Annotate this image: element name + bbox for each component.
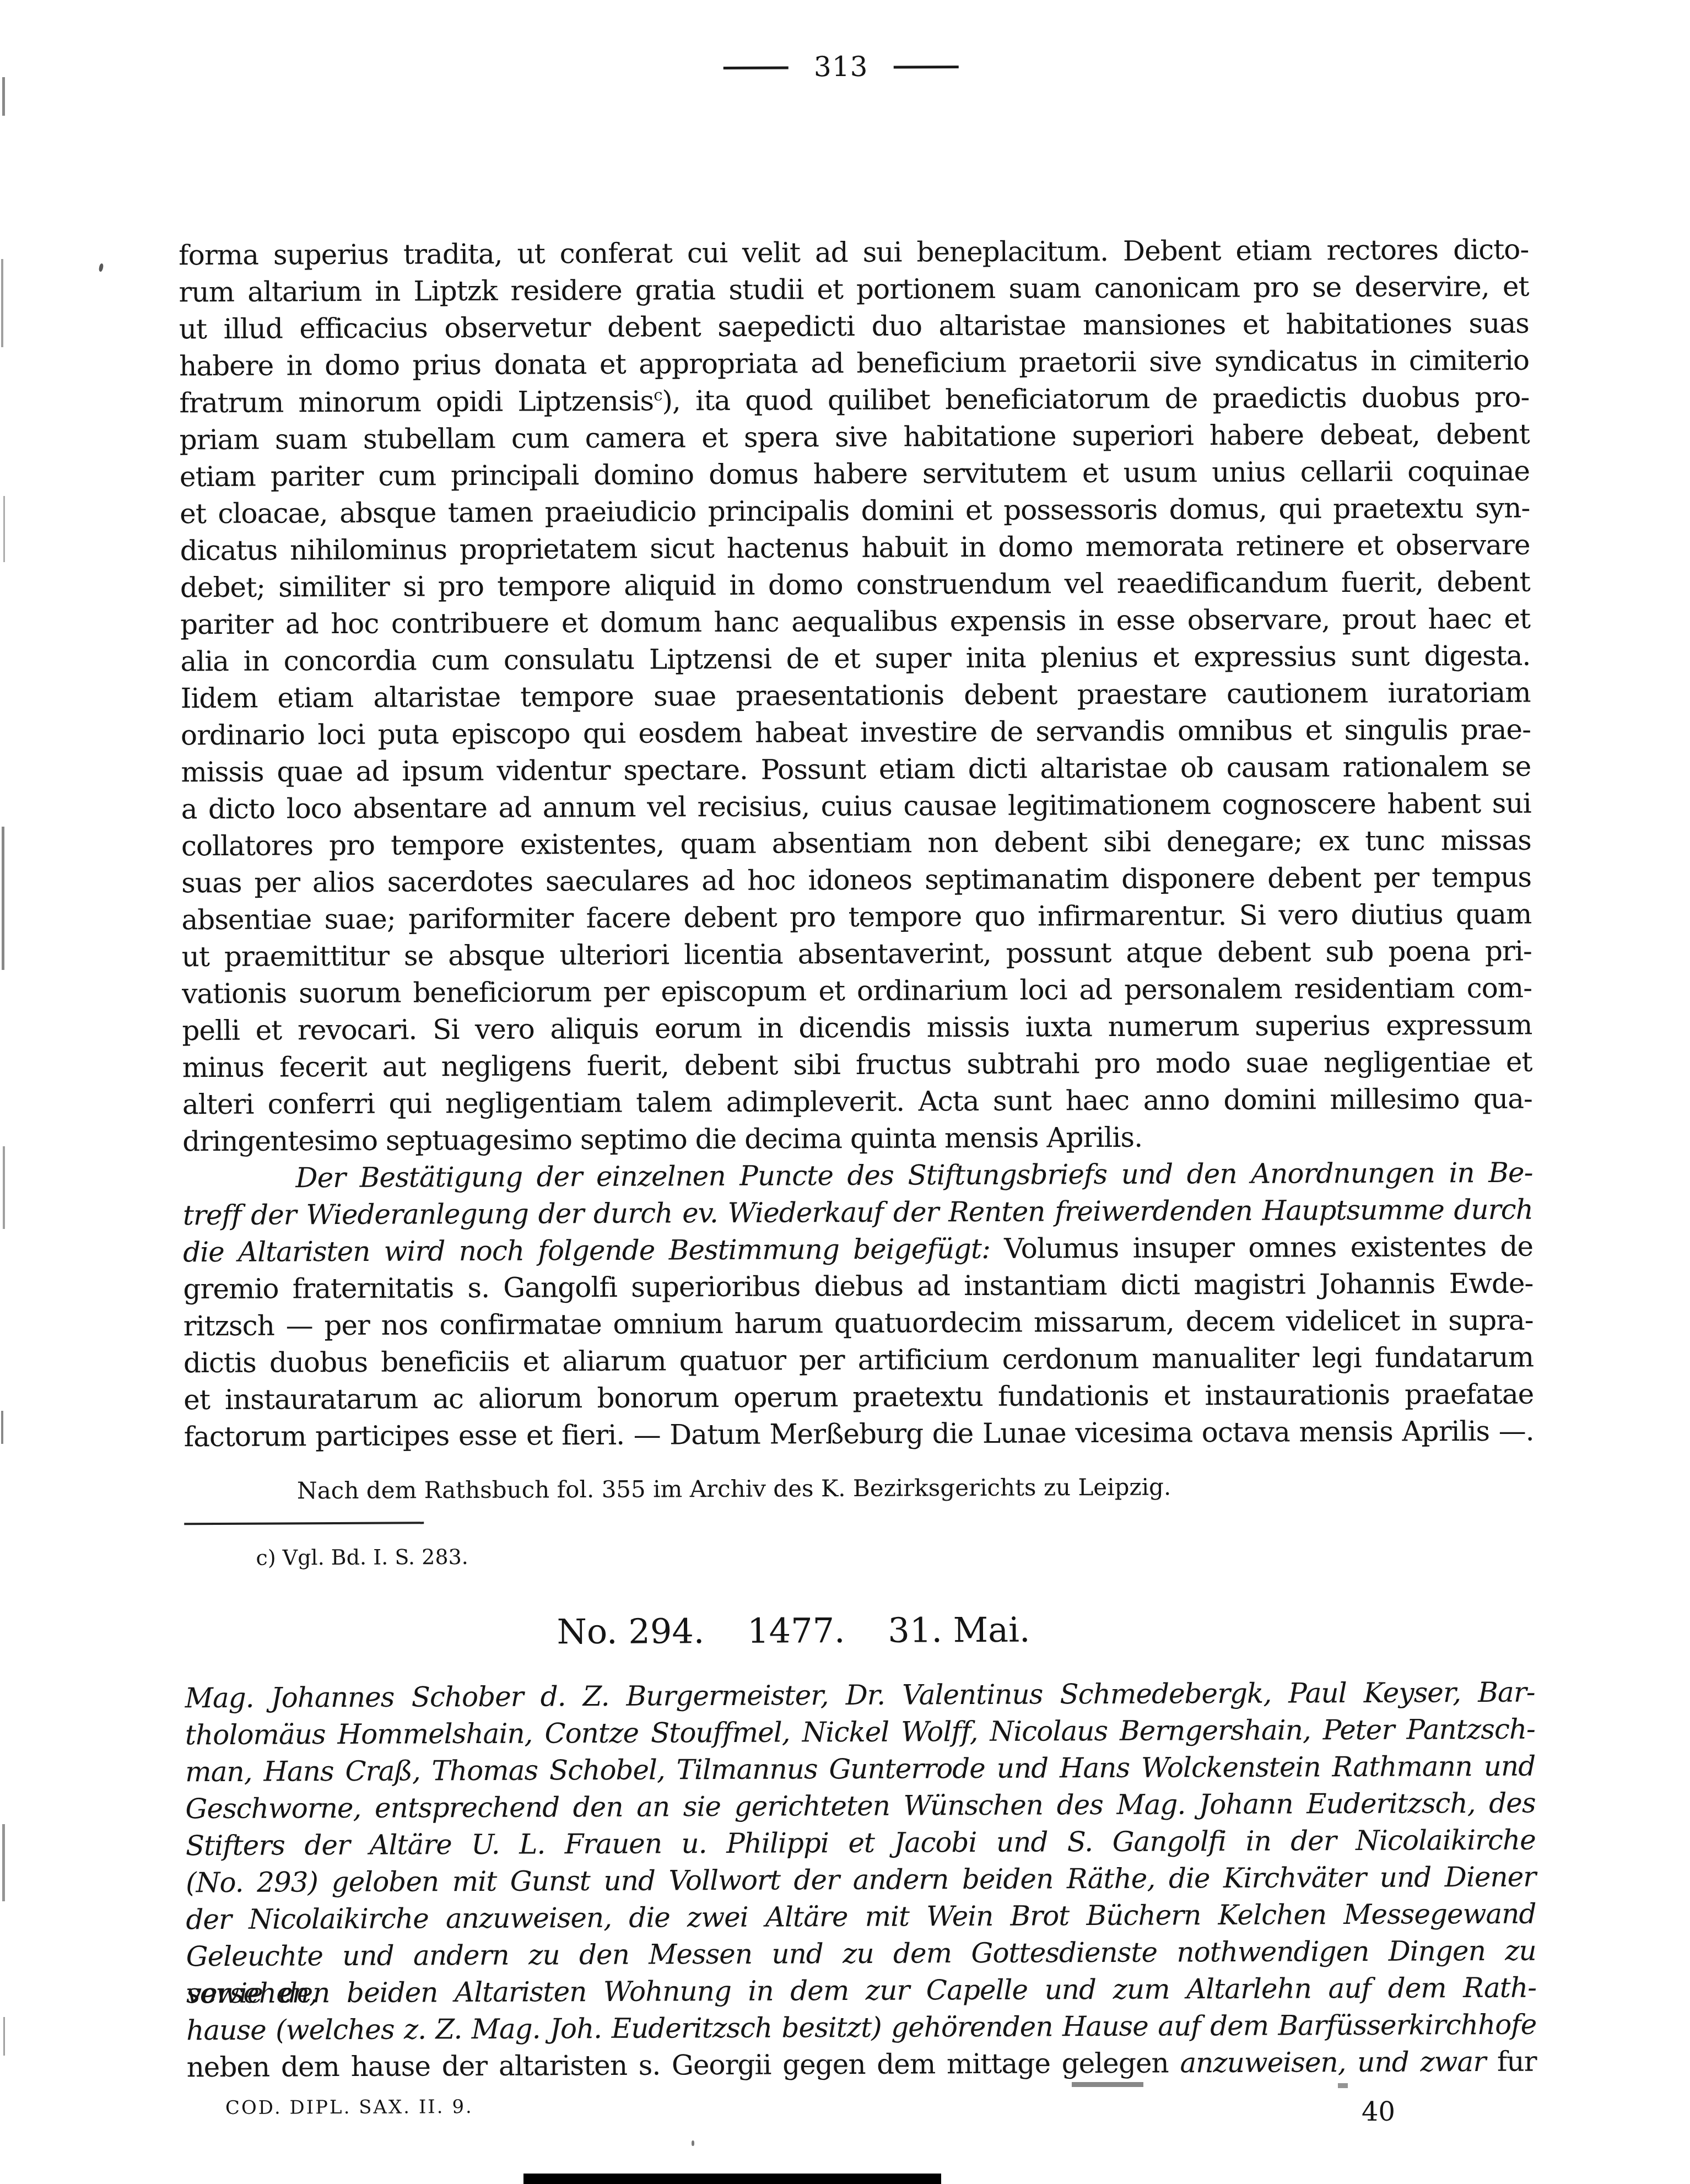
text-segment: fratrum minorum opidi Liptzensis xyxy=(179,385,654,419)
footnote-marker: c xyxy=(654,386,662,405)
scan-artifact xyxy=(1,259,3,347)
text-segment: fur xyxy=(1486,2046,1537,2078)
text-line: etiam pariter cum principali domino domu… xyxy=(180,453,1530,496)
text-segment: ut illud efficacius observetur debent sa… xyxy=(179,308,1529,346)
text-line: forma superius tradita, ut conferat cui … xyxy=(179,231,1529,274)
text-segment: forma superius tradita, ut conferat cui … xyxy=(179,234,1529,272)
italic-text-segment: Stifters der Altäre U. L. Frauen u. Phil… xyxy=(186,1824,1536,1862)
italic-text-segment: anzuweisen, und zwar xyxy=(1180,2046,1486,2079)
text-line: ut praemittitur se absque ulteriori lice… xyxy=(182,933,1532,976)
text-line: Mag. Johannes Schober d. Z. Burgermeiste… xyxy=(185,1674,1535,1717)
text-segment: a dicto loco absentare ad annum vel reci… xyxy=(181,788,1531,826)
editorial-note-text: Der Bestätigung der einzelnen Puncte des… xyxy=(182,1155,1534,1456)
text-line: vationis suorum beneficiorum per episcop… xyxy=(182,970,1532,1013)
page-number: 313 xyxy=(814,51,868,83)
scan-artifact xyxy=(2,827,4,970)
text-segment: Iidem etiam altaristae tempore suae prae… xyxy=(181,677,1531,715)
italic-text-segment: man, Hans Craß, Thomas Schobel, Tilmannu… xyxy=(185,1750,1535,1788)
latin-entry-text: forma superius tradita, ut conferat cui … xyxy=(179,231,1532,1161)
text-segment: habere in domo prius donata et appropria… xyxy=(179,344,1529,382)
text-segment: ut praemittitur se absque ulteriori lice… xyxy=(182,935,1532,973)
text-segment: pelli et revocari. Si vero aliquis eorum… xyxy=(182,1009,1532,1047)
italic-text-segment: treff der Wiederanlegung der durch ev. W… xyxy=(183,1194,1533,1232)
text-segment: ordinario loci puta episcopo qui eosdem … xyxy=(181,714,1531,752)
text-line: missis quae ad ipsum videntur spectare. … xyxy=(181,748,1531,791)
scan-artifact xyxy=(1,1411,3,1444)
text-line: Iidem etiam altaristae tempore suae prae… xyxy=(181,675,1531,718)
source-note: Nach dem Rathsbuch fol. 355 im Archiv de… xyxy=(297,1473,1171,1504)
entry-heading: No. 294. 1477. 31. Mai. xyxy=(118,1608,1468,1654)
text-line: treff der Wiederanlegung der durch ev. W… xyxy=(183,1191,1533,1234)
text-line: alteri conferri qui negligentiam talem a… xyxy=(182,1081,1532,1124)
text-segment: gremio fraternitatis s. Gangolfi superio… xyxy=(183,1268,1533,1306)
text-line: alia in concordia cum consulatu Liptzens… xyxy=(180,638,1530,681)
text-segment: et cloacae, absque tamen praeiudicio pri… xyxy=(180,492,1530,530)
bottom-edge-bar xyxy=(523,2174,941,2184)
italic-text-segment: hause (welches z. Z. Mag. Joh. Euderitzs… xyxy=(186,2009,1536,2047)
scan-speck xyxy=(692,2140,694,2146)
text-segment: pariter ad hoc contribuere et domum hanc… xyxy=(180,603,1530,641)
italic-text-segment: Geschworne, entsprechend den an sie geri… xyxy=(185,1787,1535,1825)
text-line: tholomäus Hommelshain, Contze Stouffmel,… xyxy=(185,1711,1535,1754)
text-segment: dringentesimo septuagesimo septimo die d… xyxy=(182,1121,1142,1158)
scan-artifact xyxy=(1338,2083,1348,2088)
text-segment: dicatus nihilominus proprietatem sicut h… xyxy=(180,529,1530,567)
italic-text-segment: sowie den beiden Altaristen Wohnung in d… xyxy=(186,1972,1536,2010)
text-line: neben dem hause der altaristen s. Georgi… xyxy=(186,2043,1536,2086)
text-line: fratrum minorum opidi Liptzensisc), ita … xyxy=(179,379,1529,422)
text-line: dicatus nihilominus proprietatem sicut h… xyxy=(180,527,1530,570)
text-line: dringentesimo septuagesimo septimo die d… xyxy=(182,1118,1532,1161)
text-segment: suas per alios sacerdotes saeculares ad … xyxy=(181,861,1531,899)
text-segment: Volumus insuper omnes existentes de xyxy=(990,1231,1533,1265)
text-line: collatores pro tempore existentes, quam … xyxy=(181,822,1531,865)
text-segment: ritzsch — per nos confirmatae omnium har… xyxy=(183,1304,1534,1342)
header-rule-left xyxy=(723,66,789,69)
text-line: Der Bestätigung der einzelnen Puncte des… xyxy=(182,1155,1532,1198)
text-segment: dictis duobus beneficiis et aliarum quat… xyxy=(183,1341,1534,1379)
text-line: Geleuchte und andern zu den Messen und z… xyxy=(186,1933,1536,1976)
scan-artifact xyxy=(3,1146,5,1229)
text-segment: priam suam stubellam cum camera et spera… xyxy=(180,418,1530,456)
text-line: a dicto loco absentare ad annum vel reci… xyxy=(181,785,1531,828)
text-segment: vationis suorum beneficiorum per episcop… xyxy=(182,972,1532,1010)
text-segment: absentiae suae; pariformiter facere debe… xyxy=(181,898,1531,936)
scan-artifact xyxy=(1072,2082,1143,2087)
text-line: hause (welches z. Z. Mag. Joh. Euderitzs… xyxy=(186,2007,1536,2050)
text-line: suas per alios sacerdotes saeculares ad … xyxy=(181,859,1531,902)
scan-artifact xyxy=(2,1824,5,1901)
header-rule-right xyxy=(893,66,958,69)
entry-date: 31. Mai. xyxy=(888,1610,1030,1651)
text-line: gremio fraternitatis s. Gangolfi superio… xyxy=(183,1265,1533,1308)
text-line: Geschworne, entsprechend den an sie geri… xyxy=(185,1785,1535,1828)
text-segment: minus fecerit aut negligens fuerit, debe… xyxy=(182,1046,1532,1084)
footnote-rule xyxy=(184,1522,424,1525)
text-line: et cloacae, absque tamen praeiudicio pri… xyxy=(180,490,1530,533)
text-line: pariter ad hoc contribuere et domum hanc… xyxy=(180,601,1530,644)
text-line: habere in domo prius donata et appropria… xyxy=(179,342,1529,385)
italic-text-segment: (No. 293) geloben mit Gunst und Vollwort… xyxy=(186,1861,1536,1899)
text-line: ritzsch — per nos confirmatae omnium har… xyxy=(183,1302,1534,1345)
text-segment: missis quae ad ipsum videntur spectare. … xyxy=(181,751,1531,789)
text-segment: alteri conferri qui negligentiam talem a… xyxy=(182,1083,1532,1121)
text-line: der Nicolaikirche anzuweisen, die zwei A… xyxy=(186,1896,1536,1939)
text-line: man, Hans Craß, Thomas Schobel, Tilmannu… xyxy=(185,1748,1535,1791)
text-line: absentiae suae; pariformiter facere debe… xyxy=(181,896,1531,939)
entry-number: No. 294. xyxy=(557,1611,704,1652)
german-summary-text: Mag. Johannes Schober d. Z. Burgermeiste… xyxy=(185,1674,1537,2086)
text-line: die Altaristen wird noch folgende Bestim… xyxy=(183,1228,1533,1271)
text-line: dictis duobus beneficiis et aliarum quat… xyxy=(183,1339,1534,1382)
text-line: Stifters der Altäre U. L. Frauen u. Phil… xyxy=(186,1822,1536,1865)
footer-series-title: COD. DIPL. SAX. II. 9. xyxy=(225,2096,473,2119)
text-segment: factorum participes esse et fieri. — Dat… xyxy=(183,1415,1534,1453)
italic-text-segment: die Altaristen wird noch folgende Bestim… xyxy=(183,1233,990,1268)
text-segment: ), ita quod quilibet beneficiatorum de p… xyxy=(662,381,1529,417)
scanned-page: 313 forma superius tradita, ut conferat … xyxy=(0,0,1690,2184)
text-segment: rum altarium in Liptzk residere gratia s… xyxy=(179,271,1529,309)
text-line: priam suam stubellam cum camera et spera… xyxy=(180,416,1530,459)
text-segment: neben dem hause der altaristen s. Georgi… xyxy=(186,2047,1180,2083)
text-segment: debet; similiter si pro tempore aliquid … xyxy=(180,566,1530,604)
text-line: ordinario loci puta episcopo qui eosdem … xyxy=(181,711,1531,754)
text-segment: etiam pariter cum principali domino domu… xyxy=(180,455,1530,493)
text-line: pelli et revocari. Si vero aliquis eorum… xyxy=(182,1007,1532,1050)
scan-artifact xyxy=(3,496,5,562)
text-line: et instauratarum ac aliorum bonorum oper… xyxy=(183,1376,1534,1419)
text-line: (No. 293) geloben mit Gunst und Vollwort… xyxy=(186,1859,1536,1902)
text-segment: alia in concordia cum consulatu Liptzens… xyxy=(180,640,1530,678)
running-head: 313 xyxy=(0,47,1686,86)
scan-artifact xyxy=(3,2017,5,2056)
text-line: factorum participes esse et fieri. — Dat… xyxy=(183,1413,1534,1456)
text-line: ut illud efficacius observetur debent sa… xyxy=(179,305,1529,348)
italic-text-segment: der Nicolaikirche anzuweisen, die zwei A… xyxy=(186,1898,1536,1936)
text-line: sowie den beiden Altaristen Wohnung in d… xyxy=(186,1970,1536,2013)
text-segment: et instauratarum ac aliorum bonorum oper… xyxy=(183,1378,1534,1416)
italic-text-segment: Mag. Johannes Schober d. Z. Burgermeiste… xyxy=(185,1676,1535,1714)
text-line: rum altarium in Liptzk residere gratia s… xyxy=(179,268,1529,311)
scan-artifact xyxy=(2,77,5,116)
text-line: minus fecerit aut negligens fuerit, debe… xyxy=(182,1044,1532,1087)
text-line: debet; similiter si pro tempore aliquid … xyxy=(180,564,1530,607)
entry-year: 1477. xyxy=(747,1610,845,1651)
sheet-signature-number: 40 xyxy=(1362,2096,1395,2127)
text-segment: collatores pro tempore existentes, quam … xyxy=(181,824,1531,862)
footnote: c) Vgl. Bd. I. S. 283. xyxy=(256,1545,468,1570)
italic-text-segment: Der Bestätigung der einzelnen Puncte des… xyxy=(295,1157,1532,1194)
italic-text-segment: tholomäus Hommelshain, Contze Stouffmel,… xyxy=(185,1713,1535,1751)
